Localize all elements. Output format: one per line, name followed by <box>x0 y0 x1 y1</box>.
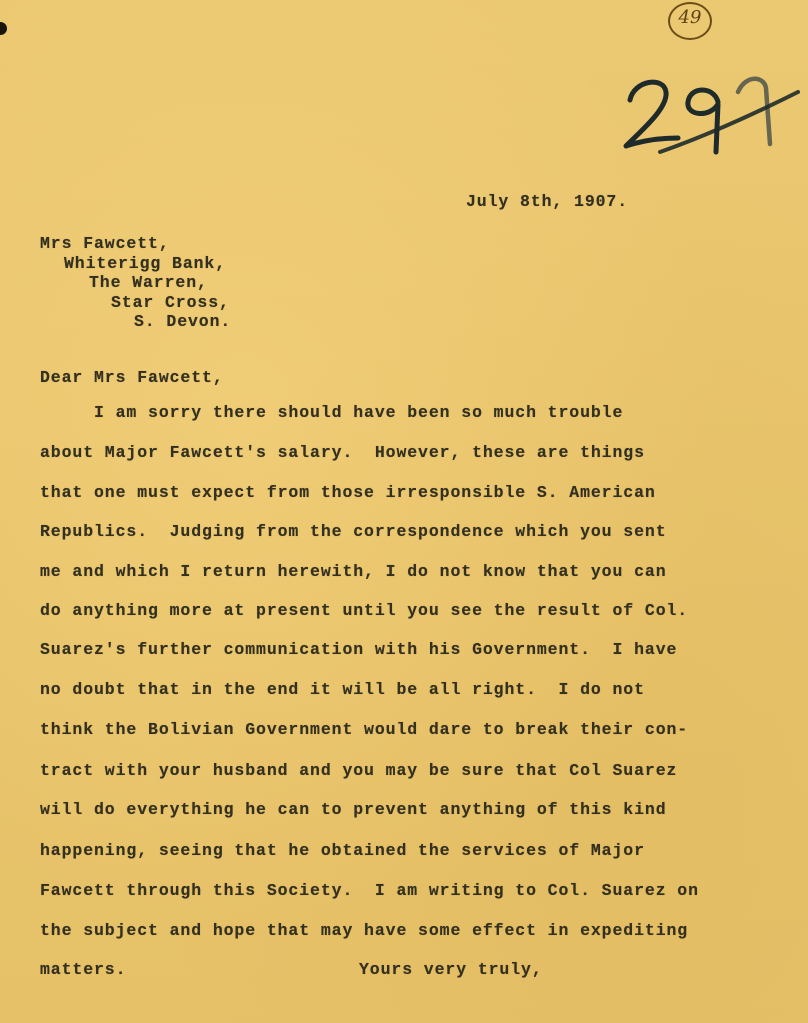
folio-number: 49 <box>670 7 710 28</box>
body-line: matters. <box>40 960 126 980</box>
handwritten-number-struck-icon <box>620 62 800 162</box>
body-line: will do everything he can to prevent any… <box>40 800 667 820</box>
closing: Yours very truly, <box>359 960 543 980</box>
address-line: Mrs Fawcett, <box>40 234 170 254</box>
address-line: The Warren, <box>89 273 208 293</box>
body-line: that one must expect from those irrespon… <box>40 483 656 503</box>
letter-date: July 8th, 1907. <box>466 192 628 212</box>
address-line: Whiterigg Bank, <box>64 254 226 274</box>
punch-hole-mark <box>0 22 7 35</box>
body-line: Republics. Judging from the corresponden… <box>40 522 667 542</box>
body-line: do anything more at present until you se… <box>40 601 688 621</box>
body-line: happening, seeing that he obtained the s… <box>40 841 645 861</box>
body-line: no doubt that in the end it will be all … <box>40 680 645 700</box>
body-line: tract with your husband and you may be s… <box>40 761 677 781</box>
body-line: the subject and hope that may have some … <box>40 921 688 941</box>
address-line: Star Cross, <box>111 293 230 313</box>
body-line: think the Bolivian Government would dare… <box>40 720 688 740</box>
address-line: S. Devon. <box>134 312 231 332</box>
body-line: me and which I return herewith, I do not… <box>40 562 667 582</box>
folio-number-circle: 49 <box>668 2 712 40</box>
body-line: I am sorry there should have been so muc… <box>40 403 623 423</box>
body-line: Fawcett through this Society. I am writi… <box>40 881 699 901</box>
letter-page: 49 July 8th, 1907. Mrs Fawcett, Whiterig… <box>0 0 808 1023</box>
salutation: Dear Mrs Fawcett, <box>40 368 224 388</box>
body-line: about Major Fawcett's salary. However, t… <box>40 443 645 463</box>
body-line: Suarez's further communication with his … <box>40 640 677 660</box>
